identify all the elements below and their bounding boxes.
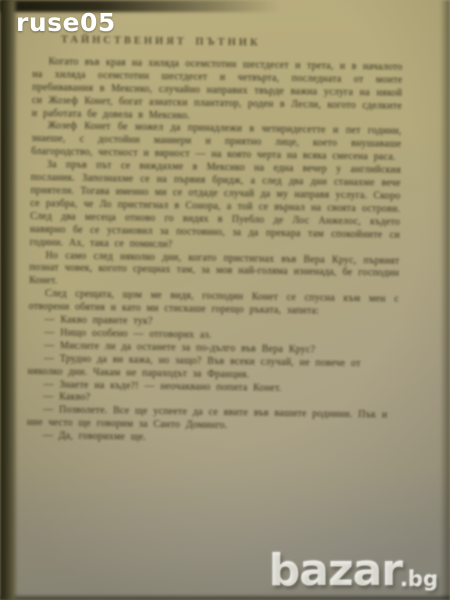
watermark-tld: .bg (400, 567, 438, 591)
watermark-name: bazar (269, 545, 402, 596)
book-spine-shadow (0, 0, 18, 600)
body-paragraphs: Когато във края на хиляда осемстотин шес… (29, 56, 403, 320)
page-heading: ТАЙНСТВЕНИЯТ ПЪТНИК (61, 34, 403, 52)
page-edge-shadow-right (440, 0, 450, 600)
book-page-photo: ТАЙНСТВЕНИЯТ ПЪТНИК Когато във края на х… (0, 0, 450, 600)
body-paragraph: Когато във края на хиляда осемстотин шес… (32, 56, 403, 126)
watermark-logo: bazar.bg (269, 545, 440, 596)
body-paragraph: Но само след няколко дни, когато пристиг… (29, 249, 400, 294)
book-page: ТАЙНСТВЕНИЯТ ПЪТНИК Когато във края на х… (27, 34, 403, 449)
dialogue-lines: — Какво правите тук?— Нищо особено — отг… (27, 314, 399, 449)
username-overlay: ruse05 (16, 8, 116, 37)
body-paragraph: Жозеф Конет бе можел да принадлежи в чет… (31, 120, 402, 165)
body-paragraph: За пръв път се виждахме в Мексико на едн… (30, 159, 401, 255)
